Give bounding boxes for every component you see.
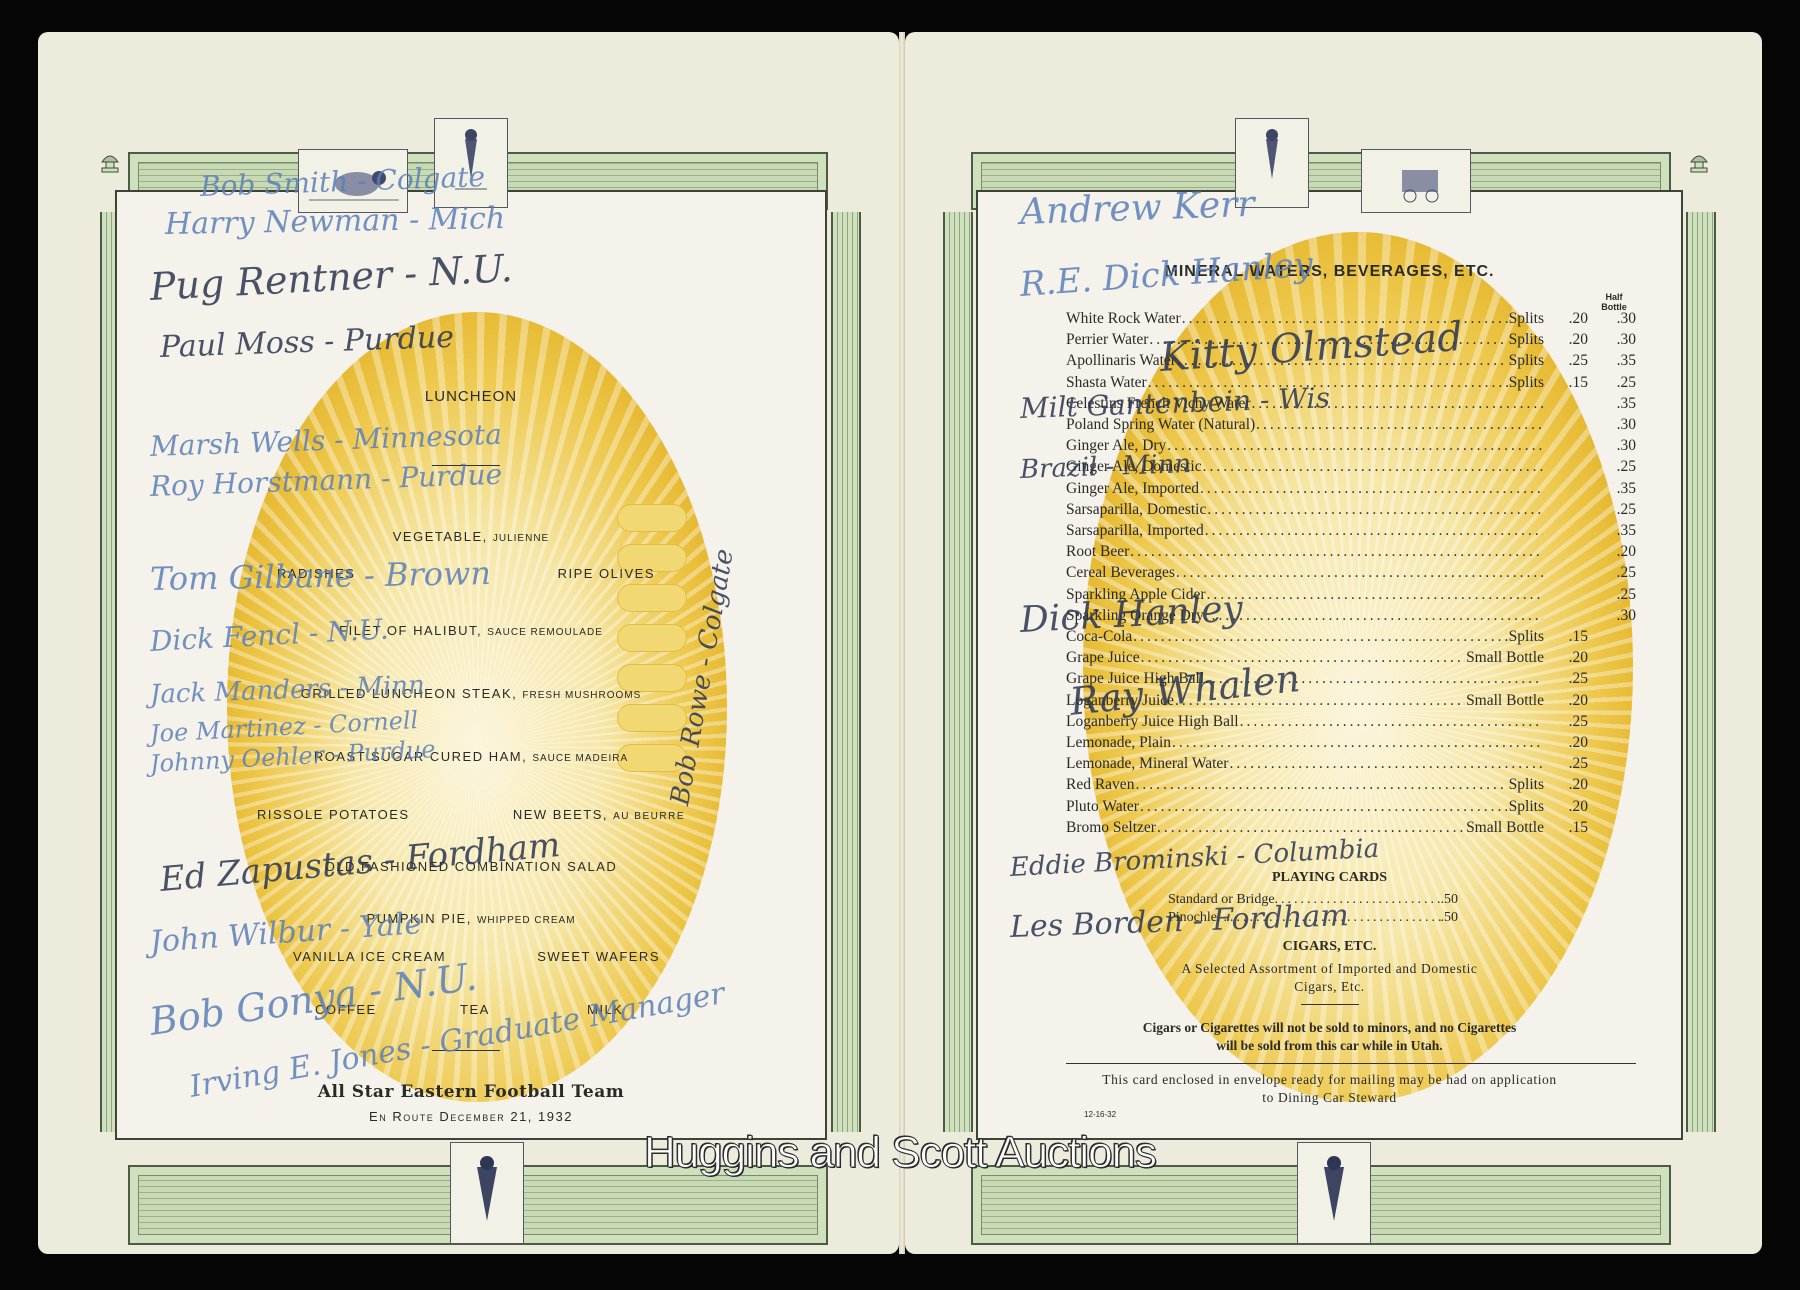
beverage-name: Grape Juice — [1066, 649, 1140, 667]
beverage-price: .20 — [1544, 776, 1588, 794]
urn-ornament-icon — [1687, 150, 1711, 176]
beverage-half-price: .35 — [1588, 522, 1636, 540]
beverage-half-price: .35 — [1588, 352, 1636, 370]
beverage-half-price: .30 — [1588, 437, 1636, 455]
divider — [1301, 1004, 1359, 1005]
cigars-description: Cigars, Etc. — [978, 978, 1681, 996]
beverage-row: Sarsaparilla, Imported.35 — [1066, 522, 1636, 543]
beverage-unit: Small Bottle — [1466, 819, 1544, 837]
beverage-half-price: .20 — [1588, 543, 1636, 561]
menu-item: TEA — [460, 1002, 490, 1017]
route-date: En Route December 21, 1932 — [117, 1109, 825, 1124]
beverage-name: Bromo Seltzer — [1066, 819, 1156, 837]
beverage-half-price: .30 — [1588, 331, 1636, 349]
beverage-price: .20 — [1544, 331, 1588, 349]
beverage-half-price: .25 — [1588, 564, 1636, 582]
autograph: Harry Newman - Mich — [165, 201, 506, 242]
beverage-name: Pluto Water — [1066, 798, 1139, 816]
beverage-price: .25 — [1544, 713, 1588, 731]
beverage-row: Lemonade, Mineral Water.25 — [1066, 755, 1636, 776]
beverage-price: .15 — [1544, 374, 1588, 392]
beverage-price: .20 — [1544, 798, 1588, 816]
divider — [1066, 1063, 1636, 1064]
half-bottle-header: HalfBottle — [1592, 292, 1636, 312]
menu-item: NEW BEETS, AU BEURRE — [513, 807, 685, 822]
beverage-half-price: .30 — [1588, 416, 1636, 434]
auction-watermark: Huggins and Scott Auctions — [0, 1128, 1800, 1178]
autograph: Brazil - Minn — [1019, 449, 1191, 485]
beverage-name: Root Beer — [1066, 543, 1129, 561]
mailing-note: to Dining Car Steward — [978, 1089, 1681, 1107]
beverage-price: .15 — [1544, 819, 1588, 837]
menu-item: RISSOLE POTATOES — [257, 807, 410, 822]
beverage-row: Grape JuiceSmall Bottle.20 — [1066, 649, 1636, 670]
beverage-price: .20 — [1544, 734, 1588, 752]
menu-item: RIPE OLIVES — [558, 566, 655, 581]
cigars-description: A Selected Assortment of Imported and Do… — [978, 960, 1681, 978]
beverage-row: Lemonade, Plain.20 — [1066, 734, 1636, 755]
beverage-half-price: .25 — [1588, 458, 1636, 476]
right-pillar — [831, 212, 861, 1132]
beverage-unit: Splits — [1509, 776, 1544, 794]
beverage-price: .20 — [1544, 649, 1588, 667]
beverage-price: .25 — [1544, 352, 1588, 370]
menu-item: SWEET WAFERS — [537, 949, 660, 964]
beverage-half-price: .30 — [1588, 607, 1636, 625]
beverage-row: Pluto WaterSplits.20 — [1066, 798, 1636, 819]
beverage-name: Lemonade, Plain — [1066, 734, 1171, 752]
beverage-half-price: .35 — [1588, 395, 1636, 413]
beverage-row: Cereal Beverages.25 — [1066, 564, 1636, 585]
mailing-note: This card enclosed in envelope ready for… — [978, 1071, 1681, 1089]
beverage-name: Cereal Beverages — [1066, 564, 1175, 582]
beverage-price: .15 — [1544, 628, 1588, 646]
left-pillar — [943, 212, 973, 1132]
right-pillar — [1686, 212, 1716, 1132]
beverage-row: Ginger Ale, Imported.35 — [1066, 480, 1636, 501]
beverage-name: White Rock Water — [1066, 310, 1181, 328]
autograph: Andrew Kerr — [1019, 184, 1255, 233]
beverage-unit: Small Bottle — [1466, 649, 1544, 667]
beverage-unit: Splits — [1509, 798, 1544, 816]
beverage-price: .25 — [1544, 755, 1588, 773]
beverage-name: Red Raven — [1066, 776, 1134, 794]
luncheon-heading: LUNCHEON — [117, 388, 825, 405]
beverage-name: Sarsaparilla, Domestic — [1066, 501, 1206, 519]
beverage-row: Root Beer.20 — [1066, 543, 1636, 564]
beverage-name: Sarsaparilla, Imported — [1066, 522, 1204, 540]
beverage-name: Lemonade, Mineral Water — [1066, 755, 1228, 773]
beverage-half-price: .35 — [1588, 480, 1636, 498]
menu-item: VEGETABLE, JULIENNE — [117, 529, 825, 544]
urn-ornament-icon — [98, 150, 122, 176]
beverage-unit: Splits — [1509, 374, 1544, 392]
beverage-price: .20 — [1544, 692, 1588, 710]
autograph: Tom Gilbane - Brown — [150, 554, 492, 598]
beverage-unit: Splits — [1509, 310, 1544, 328]
beverage-half-price: .25 — [1588, 501, 1636, 519]
print-code: 12-16-32 — [1084, 1110, 1116, 1119]
beverage-half-price: .30 — [1588, 310, 1636, 328]
beverage-row: Sarsaparilla, Domestic.25 — [1066, 501, 1636, 522]
utah-notice: Cigars or Cigarettes will not be sold to… — [978, 1019, 1681, 1037]
beverage-unit: Small Bottle — [1466, 692, 1544, 710]
beverage-half-price: .25 — [1588, 586, 1636, 604]
beverage-name: Perrier Water — [1066, 331, 1148, 349]
beverage-unit: Splits — [1509, 628, 1544, 646]
beverage-price: .20 — [1544, 310, 1588, 328]
beverage-unit: Splits — [1509, 331, 1544, 349]
beverage-row: Red RavenSplits.20 — [1066, 776, 1636, 797]
beverage-row: Loganberry Juice High Ball.25 — [1066, 713, 1636, 734]
beverage-price: .25 — [1544, 670, 1588, 688]
utah-notice: will be sold from this car while in Utah… — [978, 1037, 1681, 1055]
beverage-unit: Splits — [1509, 352, 1544, 370]
beverage-half-price: .25 — [1588, 374, 1636, 392]
